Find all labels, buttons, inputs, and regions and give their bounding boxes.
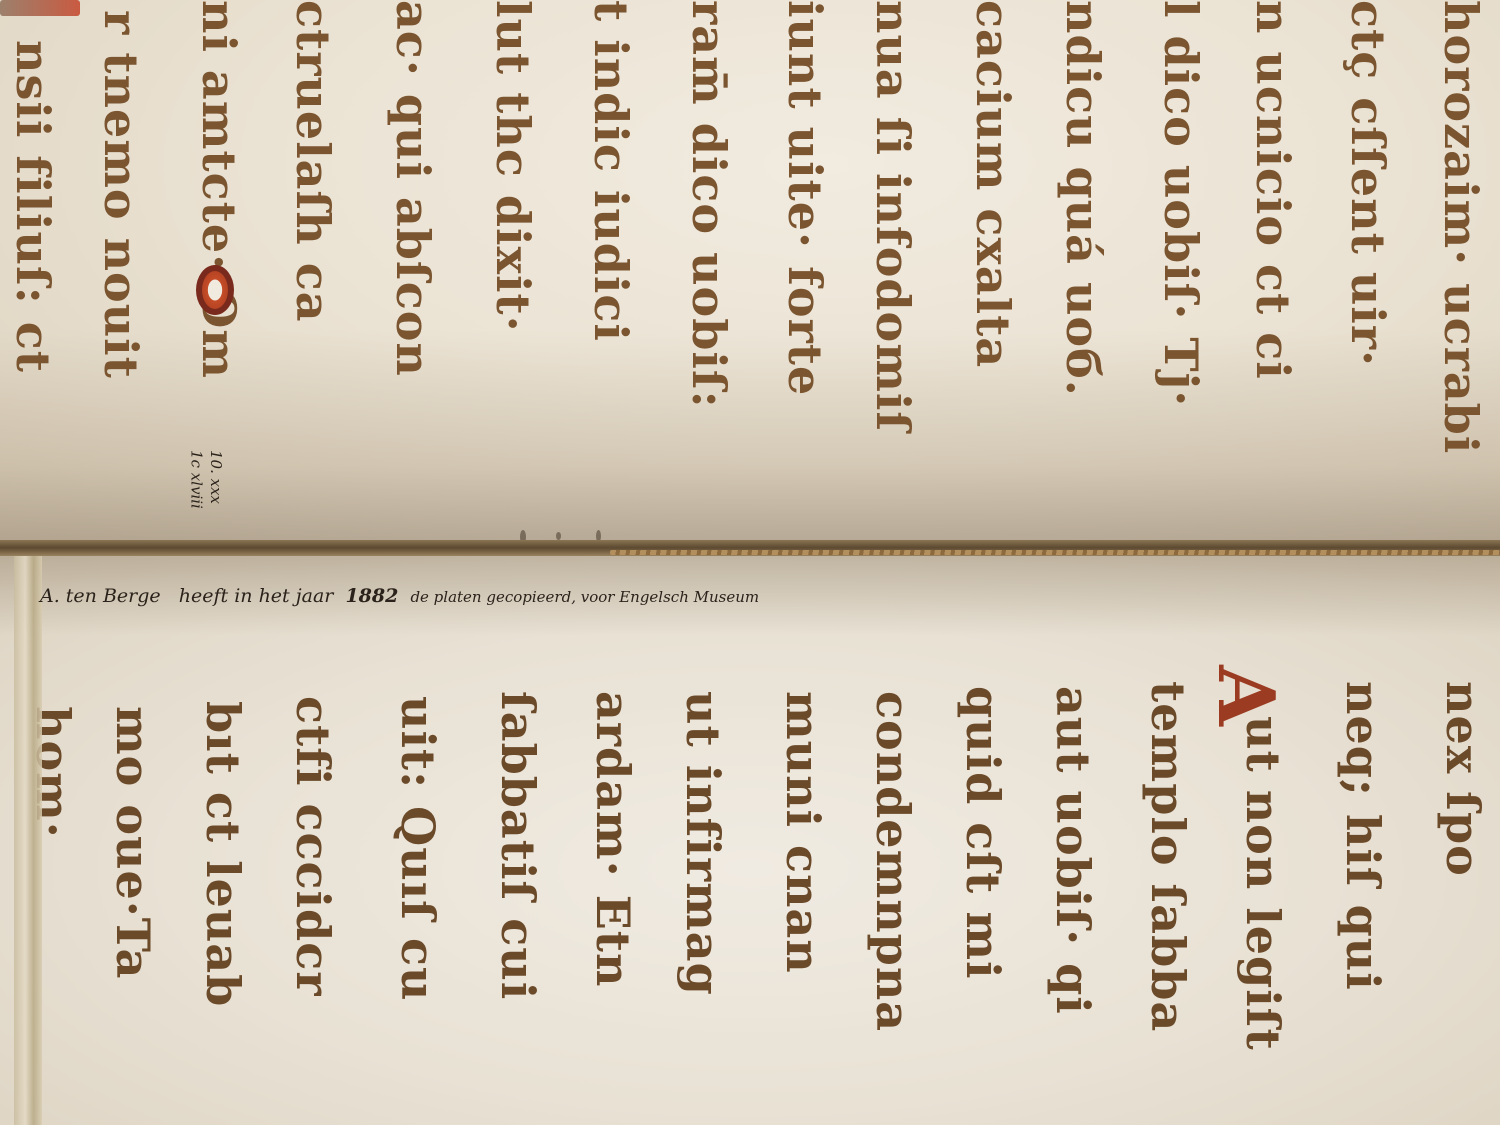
bottom-page: hom· mo oue·Ta bıt ct leuab ctfi cccidcr…: [0, 556, 1500, 1125]
annotation-rest: de platen gecopieerd, voor Engelsch Muse…: [410, 588, 759, 606]
text-column: ac· qui abſcon: [390, 0, 436, 377]
text-column: n ucnicio ct ci: [1250, 0, 1296, 380]
text-column: nex ſpo: [1440, 681, 1486, 877]
text-column: condemnpna: [870, 691, 916, 1032]
text-column: ram̄ dico uobiſ:: [686, 0, 732, 409]
text-column: r tnemo nouit: [98, 10, 144, 379]
text-column: ni amtcte· Om: [196, 0, 242, 379]
handwritten-annotation: A. ten Berge heeft in het jaar 1882 de p…: [40, 585, 759, 607]
text-column: muni cnan: [780, 691, 826, 974]
text-column: ſabbatiſ cui: [495, 691, 541, 1000]
text-column: ctç cſſent uir·: [1345, 0, 1391, 367]
text-column: ctfi cccidcr: [290, 696, 336, 996]
manuscript-photo: nsii filiuſ: ct r tnemo nouit ni amtcte·…: [0, 0, 1500, 1125]
text-column: ndicu quá uoб.: [1060, 0, 1106, 397]
ink-spot: [556, 532, 561, 540]
text-column: nsii filiuſ: ct: [10, 40, 56, 373]
binding-thread: [610, 550, 1500, 555]
text-column: mo oue·Ta: [110, 706, 156, 979]
red-initial-fragment: [0, 0, 80, 16]
text-column: ut infirmag: [680, 691, 726, 996]
margin-note: 10. xxx 1c xlviii: [186, 450, 225, 509]
red-initial-o: [196, 265, 234, 315]
text-column: templo ſabba: [1145, 681, 1191, 1032]
text-column: nua ſi infodomiſ: [870, 0, 916, 432]
text-column: cacium cxalta: [970, 0, 1016, 368]
top-page: nsii filiuſ: ct r tnemo nouit ni amtcte·…: [0, 0, 1500, 548]
text-column: ut non legiſt: [1240, 716, 1286, 1051]
text-column: bıt ct leuab: [200, 701, 246, 1007]
text-column: horozaim· ucrabi: [1438, 0, 1484, 454]
text-column: ardam· Etn: [590, 691, 636, 987]
text-column: l dico uobiſ· Tj·: [1158, 0, 1204, 407]
margin-note-line-2: 1c xlviii: [188, 450, 206, 509]
page-edge: [14, 556, 42, 1125]
text-column: lut thc dixit·: [490, 0, 536, 333]
text-column: ctruelaſh ca: [290, 0, 336, 323]
text-column: neq; hiſ qui: [1340, 681, 1386, 991]
text-column: quid cſt mi: [960, 686, 1006, 979]
red-initial-a: A: [1200, 665, 1291, 726]
annotation-phrase: heeft in het jaar: [179, 585, 334, 607]
margin-note-line-1: 10. xxx: [207, 450, 225, 504]
text-column: aut uobiſ· qi: [1050, 686, 1096, 1015]
annotation-name: A. ten Berge: [40, 585, 161, 607]
annotation-year: 1882: [345, 585, 398, 607]
text-column: t indic iudici: [588, 0, 634, 342]
text-column: iunt uite· forte: [782, 0, 828, 396]
text-column: uit: Quıſ cu: [395, 696, 441, 1001]
